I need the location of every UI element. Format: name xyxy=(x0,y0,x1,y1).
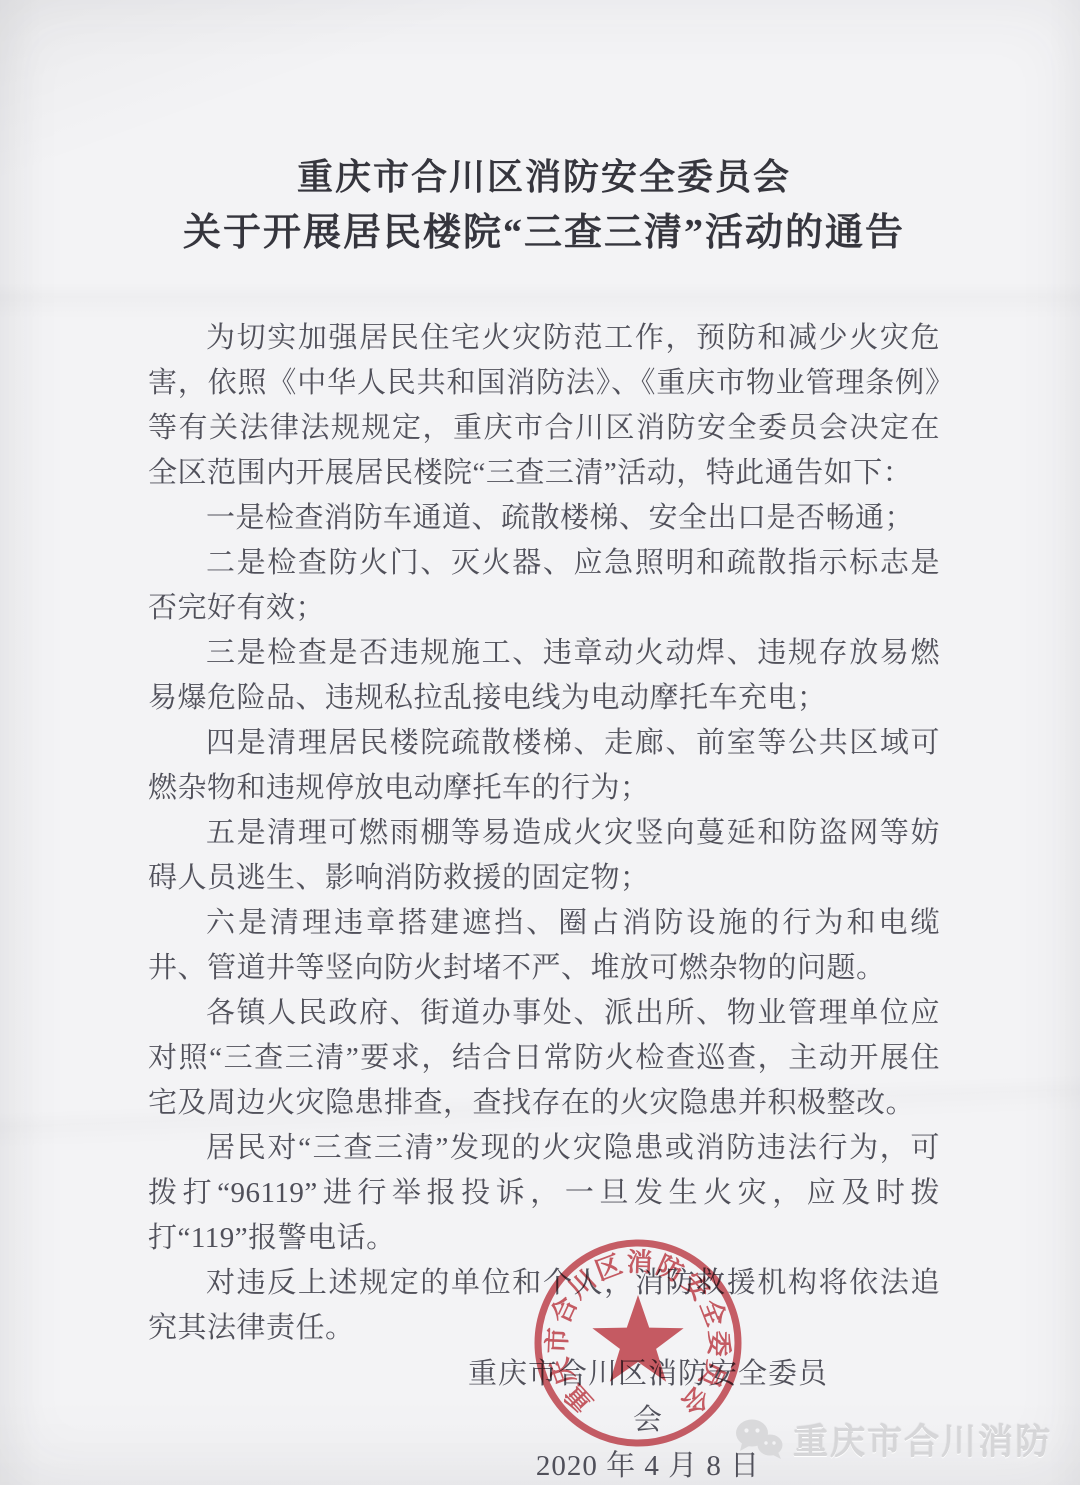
title-line-2: 关于开展居民楼院“三查三清”活动的通告 xyxy=(148,204,940,262)
paragraph-2: 一是检查消防车通道、疏散楼梯、安全出口是否畅通； xyxy=(148,496,940,541)
scanned-notice-page: 重庆市合川区消防安全委员会 关于开展居民楼院“三查三清”活动的通告 为切实加强居… xyxy=(0,0,1080,1485)
paragraph-8: 各镇人民政府、街道办事处、派出所、物业管理单位应对照“三查三清”要求，结合日常防… xyxy=(148,991,940,1126)
paragraph-6: 五是清理可燃雨棚等易造成火灾竖向蔓延和防盗网等妨碍人员逃生、影响消防救援的固定物… xyxy=(148,811,940,901)
document-content: 重庆市合川区消防安全委员会 关于开展居民楼院“三查三清”活动的通告 为切实加强居… xyxy=(148,150,940,1485)
paragraph-7: 六是清理违章搭建遮挡、圈占消防设施的行为和电缆井、管道井等竖向防火封堵不严、堆放… xyxy=(148,901,940,991)
paragraph-4: 三是检查是否违规施工、违章动火动焊、违规存放易燃易爆危险品、违规私拉乱接电线为电… xyxy=(148,631,940,721)
document-title: 重庆市合川区消防安全委员会 关于开展居民楼院“三查三清”活动的通告 xyxy=(148,150,940,262)
watermark: 重庆市合川消防 xyxy=(733,1415,1052,1465)
wechat-icon xyxy=(733,1417,785,1463)
paragraph-9: 居民对“三查三清”发现的火灾隐患或消防违法行为，可拨打“96119”进行举报投诉… xyxy=(148,1126,940,1261)
watermark-label: 重庆市合川消防 xyxy=(793,1415,1052,1465)
paragraph-3: 二是检查防火门、灭火器、应急照明和疏散指示标志是否完好有效； xyxy=(148,541,940,631)
paragraph-5: 四是清理居民楼院疏散楼梯、走廊、前室等公共区域可燃杂物和违规停放电动摩托车的行为… xyxy=(148,721,940,811)
paragraph-10: 对违反上述规定的单位和个人，消防救援机构将依法追究其法律责任。 xyxy=(148,1261,940,1351)
title-line-1: 重庆市合川区消防安全委员会 xyxy=(148,150,940,204)
paragraph-1: 为切实加强居民住宅火灾防范工作，预防和减少火灾危害，依照《中华人民共和国消防法》… xyxy=(148,316,940,496)
document-body: 为切实加强居民住宅火灾防范工作，预防和减少火灾危害，依照《中华人民共和国消防法》… xyxy=(148,316,940,1351)
